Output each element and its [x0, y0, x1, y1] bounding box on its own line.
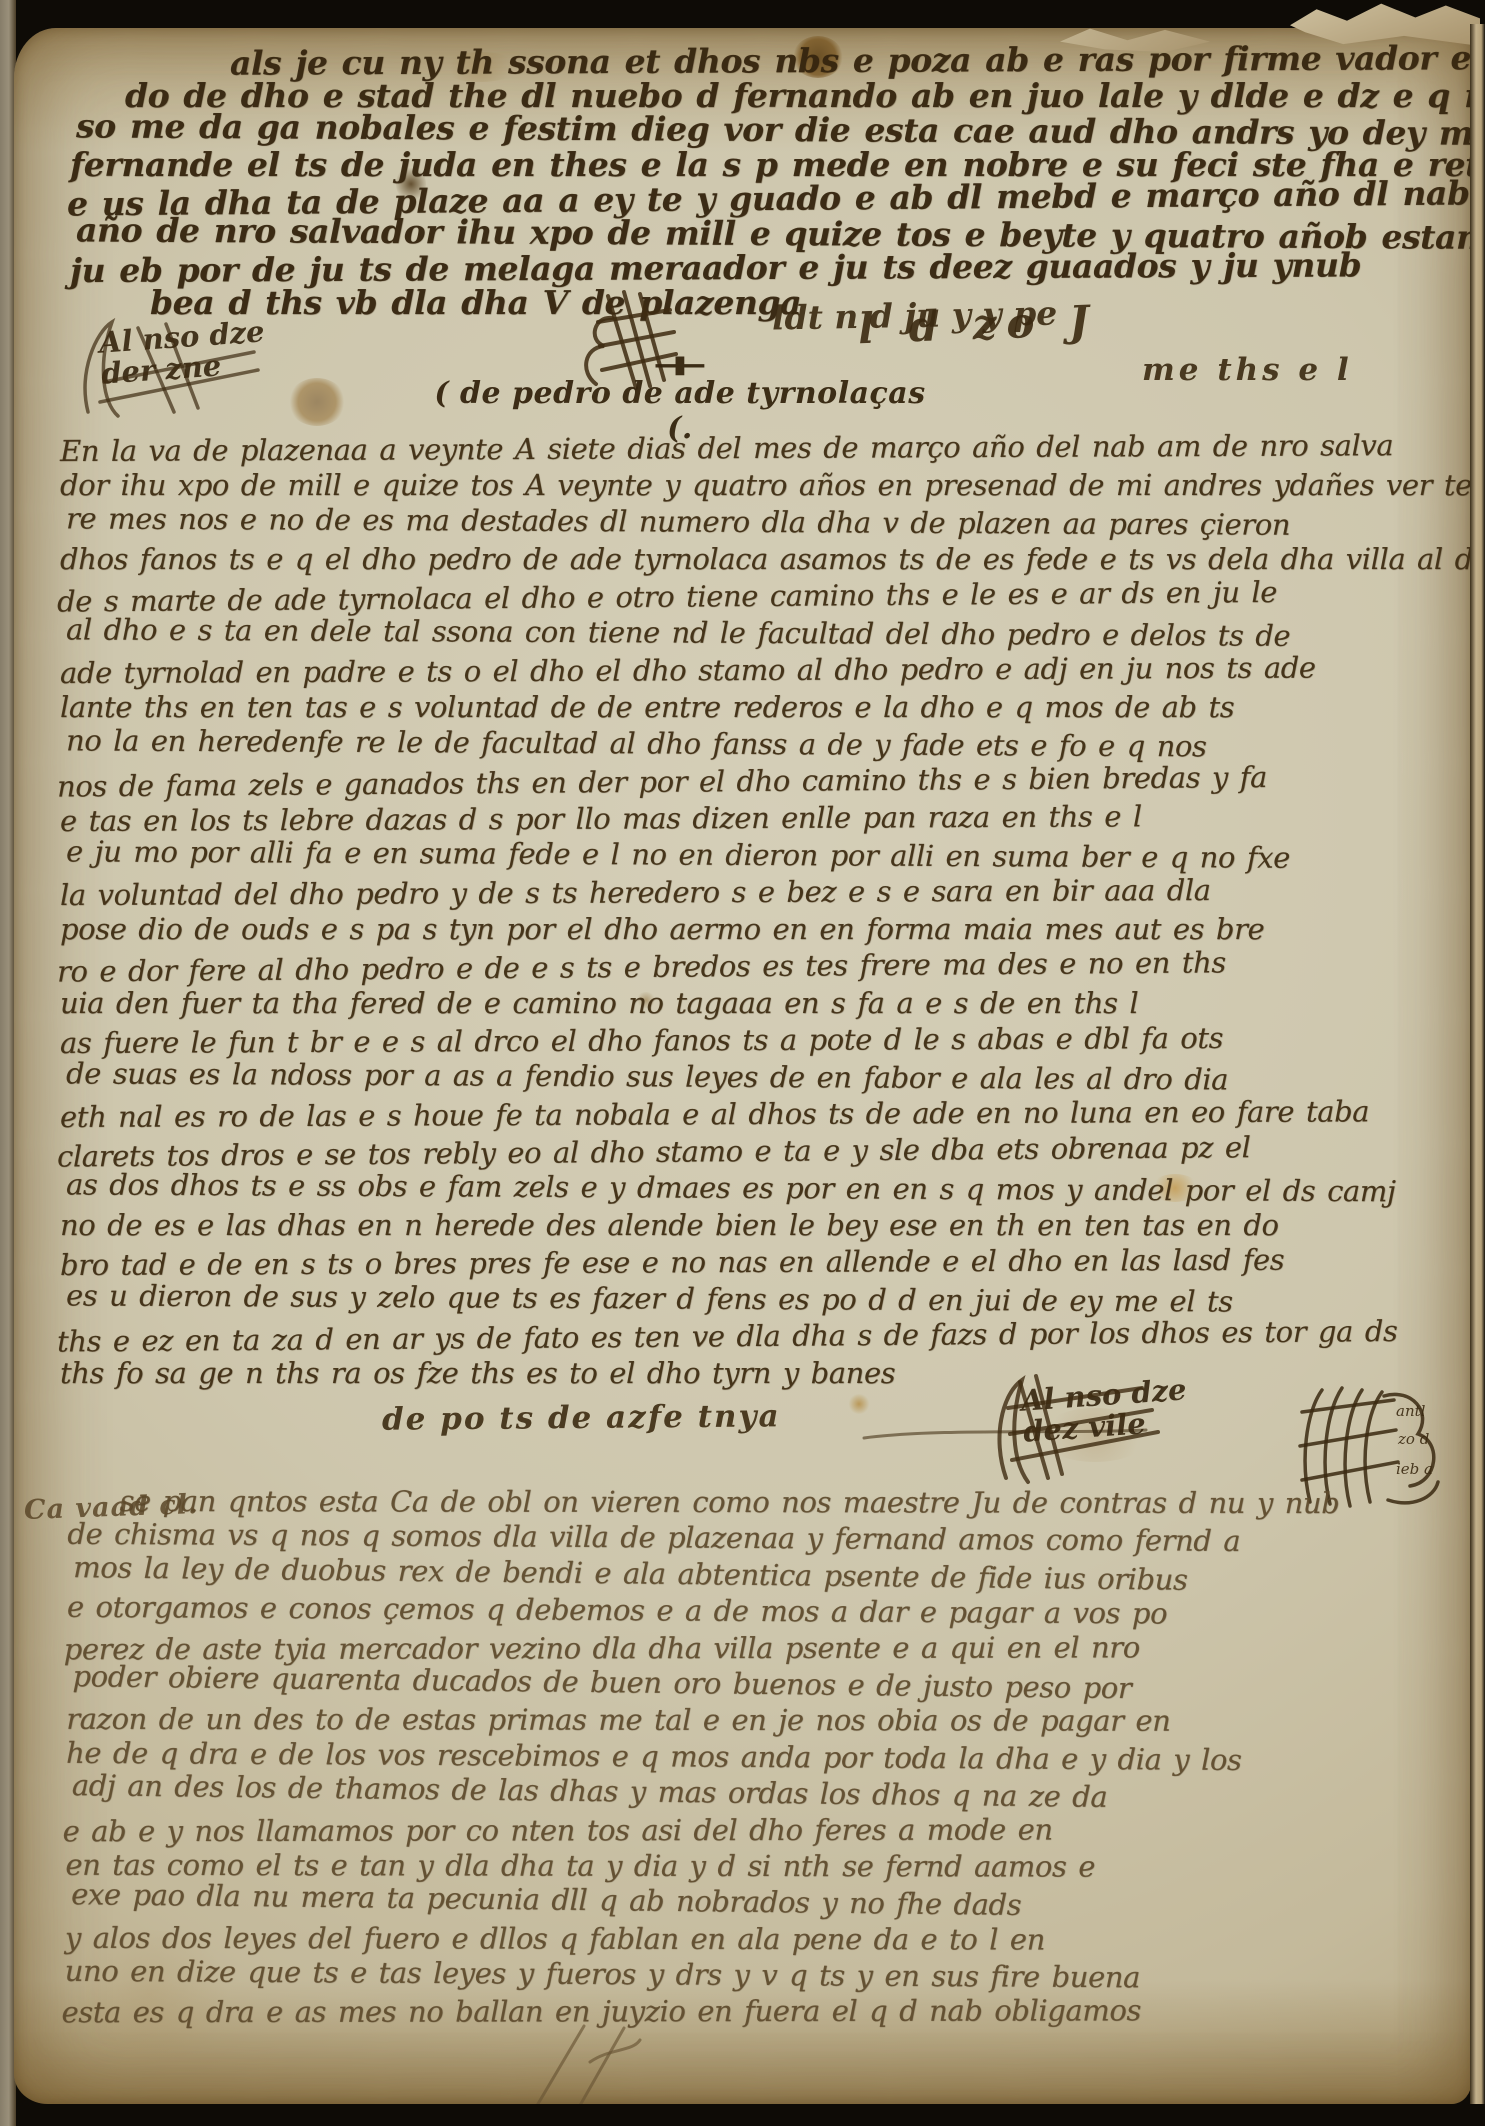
manuscript-text-line: lante ths en ten tas e s voluntad de de …: [60, 689, 1460, 726]
manuscript-text-line: no de es e las dhas en n herede des alen…: [60, 1207, 1460, 1244]
manuscript-text-line: so me da ga nobales e festim dieg vor di…: [76, 109, 1466, 151]
manuscript-text-line: En la va de plazenaa a veynte A siete di…: [60, 427, 1460, 470]
manuscript-text-line: as dos dhos ts e ss obs e fam zels e y d…: [66, 1166, 1466, 1210]
rubric-tiny-text: zo d: [1397, 1430, 1429, 1448]
manuscript-text-line: ro e dor fere al dho pedro e de e s ts e…: [57, 943, 1457, 991]
text-block-previous-act: als je cu ny th ssona et dhos nbs e poza…: [70, 44, 1460, 320]
manuscript-text-line: uia den fuer ta tha fered de e camino no…: [60, 985, 1460, 1022]
manuscript-page: als je cu ny th ssona et dhos nbs e poza…: [14, 28, 1472, 2104]
closing-attribution: de po ts de azfe tnya: [382, 1398, 781, 1437]
manuscript-text-line: se pan qntos esta Ca de obl on vieren co…: [120, 1483, 1468, 1522]
rubric-tiny-text: ieb a: [1396, 1460, 1433, 1478]
manuscript-photo: als je cu ny th ssona et dhos nbs e poza…: [0, 0, 1485, 2126]
end-slash-flourish: [520, 2018, 680, 2104]
manuscript-text-line: als je cu ny th ssona et dhos nbs e poza…: [230, 41, 1460, 81]
brown-stain: [288, 378, 346, 426]
manuscript-text-line: esta es q dra e as mes no ballan en juyz…: [61, 1992, 1461, 2031]
manuscript-text-line: pose dio de ouds e s pa s tyn por el dho…: [60, 911, 1460, 948]
rubric-tiny-text: antl: [1396, 1402, 1426, 1420]
adjacent-page-edge-right: [1470, 24, 1485, 2104]
manuscript-text-line: la voluntad del dho pedro y de s ts here…: [60, 871, 1460, 914]
manuscript-text-line: ths fo sa ge n ths ra os fze ths es to e…: [60, 1355, 1460, 1392]
text-block-main-act: En la va de plazenaa a veynte A siete di…: [60, 430, 1460, 1392]
manuscript-text-line: y alos dos leyes del fuero e dllos q fab…: [65, 1919, 1465, 1958]
notary-mark-ldo: l d zo J: [857, 296, 1100, 353]
small-stain: [848, 1394, 870, 1414]
manuscript-text-line: ths e ez en ta za d en ar ys de fato es …: [57, 1313, 1457, 1361]
manuscript-text-line: e ab e y nos llamamos por co nten tos as…: [63, 1810, 1463, 1849]
manuscript-text-line: razon de un des to de estas primas me ta…: [66, 1701, 1466, 1740]
manuscript-text-line: re mes nos e no de es ma destades dl num…: [66, 500, 1466, 544]
rubric-flourish-crosshatch: [992, 1368, 1182, 1488]
manuscript-text-line: ju eb por de ju ts de melaga meraador e …: [70, 248, 1460, 289]
manuscript-text-line: dhos fanos ts e q el dho pedro de ade ty…: [60, 541, 1460, 578]
manuscript-text-line: dor ihu xpo de mill e quize tos A veynte…: [60, 467, 1460, 504]
manuscript-text-line: uno en dize que ts e tas leyes y fueros …: [65, 1953, 1465, 1998]
manuscript-text-line: ade tyrnolad en padre e ts o el dho el d…: [60, 649, 1460, 692]
text-block-obligation-act: se pan qntos esta Ca de obl on vieren co…: [64, 1480, 1467, 2034]
cross-mark: +: [14, 356, 1356, 376]
